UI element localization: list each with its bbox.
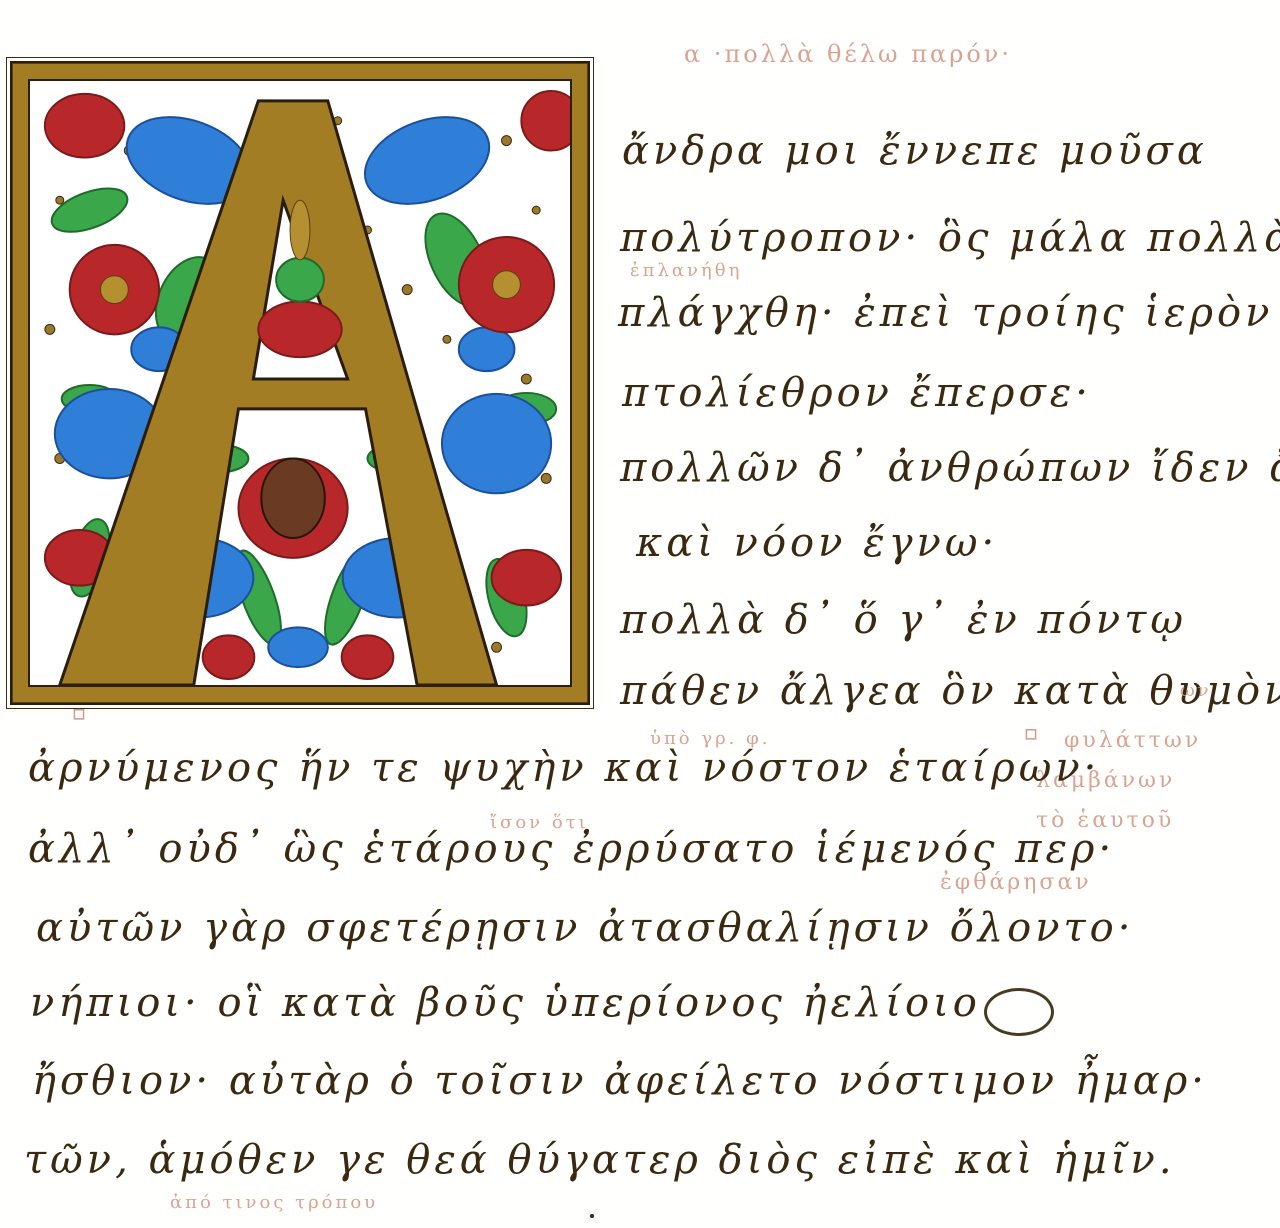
text-line-2: πολύτροπον· ὃς μάλα πολλὰ <box>620 215 1280 261</box>
paragraph-mark-icon: ⸋ <box>72 700 86 738</box>
text-line-10: ἀλλ᾽ οὐδ᾽ ὣς ἑτάρους ἐρρύσατο ἱέμενός πε… <box>28 826 1115 872</box>
text-line-11: αὐτῶν γὰρ σφετέρῃσιν ἀτασθαλίῃσιν ὄλοντο… <box>36 905 1134 951</box>
text-line-7: πολλὰ δ᾽ ὅ γ᾽ ἐν πόντῳ <box>620 597 1187 643</box>
text-line-13: ἤσθιον· αὐτὰρ ὁ τοῖσιν ἀφείλετο νόστιμον… <box>32 1058 1208 1104</box>
text-line-3: πλάγχθη· ἐπεὶ τροίης ἱερὸν <box>618 290 1273 336</box>
bottom-gloss: ἀπό τινος τρόπου <box>170 1192 378 1213</box>
top-gloss: α ·πολλὰ θέλω παρόν· <box>684 40 1012 68</box>
right-gloss-1: ων <box>1180 680 1212 701</box>
manuscript-page: α ·πολλὰ θέλω παρόν· <box>0 0 1280 1228</box>
text-line-9: ἀρνύμενος ἥν τε ψυχὴν καὶ νόστον ἑταίρων… <box>28 745 1100 791</box>
text-line-5: πολλῶν δ᾽ ἀνθρώπων ἴδεν ἄστεα <box>620 445 1280 491</box>
text-line-6: καὶ νόον ἔγνω· <box>636 520 998 566</box>
gloss-line2: ἐπλανήθη <box>630 260 742 281</box>
text-line-14: τῶν, ἁμόθεν γε θεά θύγατερ διὸς εἰπὲ καὶ… <box>24 1137 1176 1183</box>
floral-illumination-icon <box>30 81 570 685</box>
face-icon <box>261 459 325 538</box>
right-gloss-5: ἐφθάρησαν <box>940 870 1092 895</box>
text-line-1: ἄνδρα μοι ἔννεπε μοῦσα <box>622 128 1208 174</box>
ink-dot <box>590 1214 594 1218</box>
illuminated-initial <box>10 61 590 705</box>
text-line-4: πτολίεθρον ἔπερσε· <box>622 370 1092 416</box>
sun-circle-icon <box>984 988 1054 1036</box>
floral-field <box>28 79 572 687</box>
text-line-12: νήπιοι· οἳ κατὰ βοῦς ὑπερίονος ἠελίοιο <box>30 980 981 1026</box>
